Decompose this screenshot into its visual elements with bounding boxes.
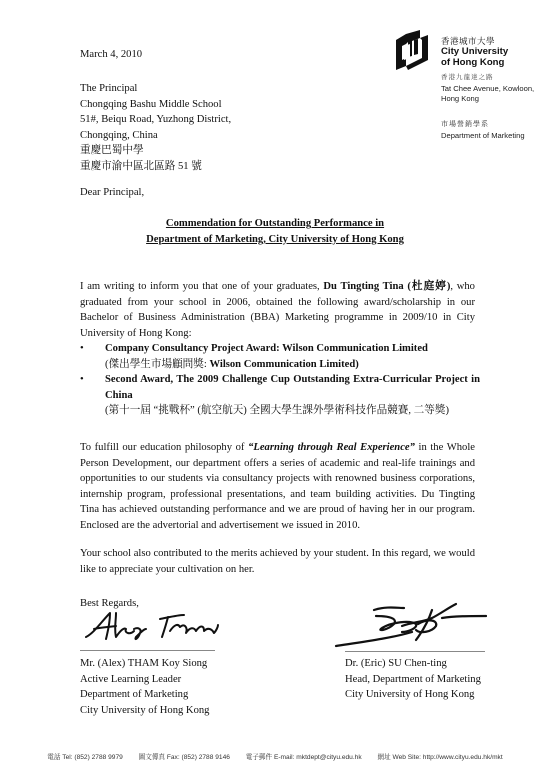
philosophy-quote: “Learning through Real Experience”	[248, 442, 415, 453]
signature-eric-su-icon	[332, 602, 487, 650]
award-item: • Company Consultancy Project Award: Wil…	[80, 341, 480, 372]
university-name-zh: 香港城市大學	[441, 36, 508, 46]
footer-tel: 電話 Tel: (852) 2788 9979	[47, 754, 123, 761]
department-en: Department of Marketing	[441, 130, 525, 141]
p2-after: in the Whole Person Development, our dep…	[80, 442, 475, 531]
award-subtitle-zh: (傑出學生市場顧問獎:	[105, 359, 209, 370]
university-name-en-1: City University	[441, 46, 508, 57]
recipient-line: Chongqing, China	[80, 128, 231, 144]
signer-block-2: Dr. (Eric) SU Chen-ting Head, Department…	[345, 656, 481, 703]
address-zh: 香港九龍達之路	[441, 73, 534, 84]
letter-footer: 電話 Tel: (852) 2788 9979 圖文傳真 Fax: (852) …	[0, 751, 550, 761]
body-paragraph-2: To fulfill our education philosophy of “…	[80, 440, 475, 534]
subject-line-2: Department of Marketing, City University…	[80, 232, 470, 248]
letter-date: March 4, 2010	[80, 47, 142, 63]
recipient-line: 51#, Beiqu Road, Yuzhong District,	[80, 112, 231, 128]
subject-line-1: Commendation for Outstanding Performance…	[80, 216, 470, 232]
address-en-2: Hong Kong	[441, 94, 534, 105]
footer-website[interactable]: 網址 Web Site: http://www.cityu.edu.hk/mkt	[377, 754, 502, 761]
signer-block-1: Mr. (Alex) THAM Koy Siong Active Learnin…	[80, 656, 209, 718]
award-subtitle-zh: (第十一屆 “挑戰杯” (航空航天) 全國大學生課外學術科技作品競賽, 二等獎)	[105, 405, 449, 416]
signer-line: Head, Department of Marketing	[345, 672, 481, 688]
recipient-line: 重慶巴蜀中學	[80, 143, 231, 159]
signer-line: Mr. (Alex) THAM Koy Siong	[80, 656, 209, 672]
letter-subject: Commendation for Outstanding Performance…	[80, 216, 470, 247]
cityu-logo-icon	[390, 30, 432, 72]
p2-before: To fulfill our education philosophy of	[80, 442, 248, 453]
signer-line: Department of Marketing	[80, 687, 209, 703]
awards-list: • Company Consultancy Project Award: Wil…	[80, 341, 480, 419]
graduate-name: Du Tingting Tina (杜庭婷)	[323, 281, 450, 292]
body-paragraph-3: Your school also contributed to the meri…	[80, 546, 475, 577]
award-subtitle: (第十一屆 “挑戰杯” (航空航天) 全國大學生課外學術科技作品競賽, 二等獎)	[105, 403, 480, 419]
recipient-line: 重慶市渝中區北區路 51 號	[80, 159, 231, 175]
recipient-line: The Principal	[80, 81, 231, 97]
address-en-1: Tat Chee Avenue, Kowloon,	[441, 84, 534, 95]
recipient-line: Chongqing Bashu Middle School	[80, 97, 231, 113]
signature-line	[345, 651, 485, 652]
signer-line: City University of Hong Kong	[345, 687, 481, 703]
footer-fax: 圖文傳真 Fax: (852) 2788 9146	[139, 754, 230, 761]
award-title: Second Award, The 2009 Challenge Cup Out…	[105, 372, 480, 403]
footer-email[interactable]: 電子郵件 E-mail: mktdept@cityu.edu.hk	[246, 754, 362, 761]
signer-line: Dr. (Eric) SU Chen-ting	[345, 656, 481, 672]
award-subtitle-en: Wilson Communication Limited)	[209, 359, 358, 370]
recipient-address: The Principal Chongqing Bashu Middle Sch…	[80, 81, 231, 175]
bullet: •	[80, 372, 84, 388]
university-name: 香港城市大學 City University of Hong Kong	[441, 36, 508, 68]
award-title: Company Consultancy Project Award: Wilso…	[105, 341, 480, 357]
signer-line: City University of Hong Kong	[80, 703, 209, 719]
signature-line	[80, 650, 215, 651]
signature-alex-tham-icon	[80, 607, 230, 645]
body-paragraph-1: I am writing to inform you that one of y…	[80, 279, 475, 341]
salutation: Dear Principal,	[80, 185, 144, 201]
department-name: 市場營銷學系 Department of Marketing	[441, 119, 525, 141]
award-item: • Second Award, The 2009 Challenge Cup O…	[80, 372, 480, 419]
signer-line: Active Learning Leader	[80, 672, 209, 688]
department-zh: 市場營銷學系	[441, 119, 525, 130]
university-address: 香港九龍達之路 Tat Chee Avenue, Kowloon, Hong K…	[441, 73, 534, 105]
p1-before: I am writing to inform you that one of y…	[80, 281, 323, 292]
bullet: •	[80, 341, 84, 357]
university-name-en-2: of Hong Kong	[441, 57, 508, 68]
award-subtitle: (傑出學生市場顧問獎: Wilson Communication Limited…	[105, 357, 480, 373]
